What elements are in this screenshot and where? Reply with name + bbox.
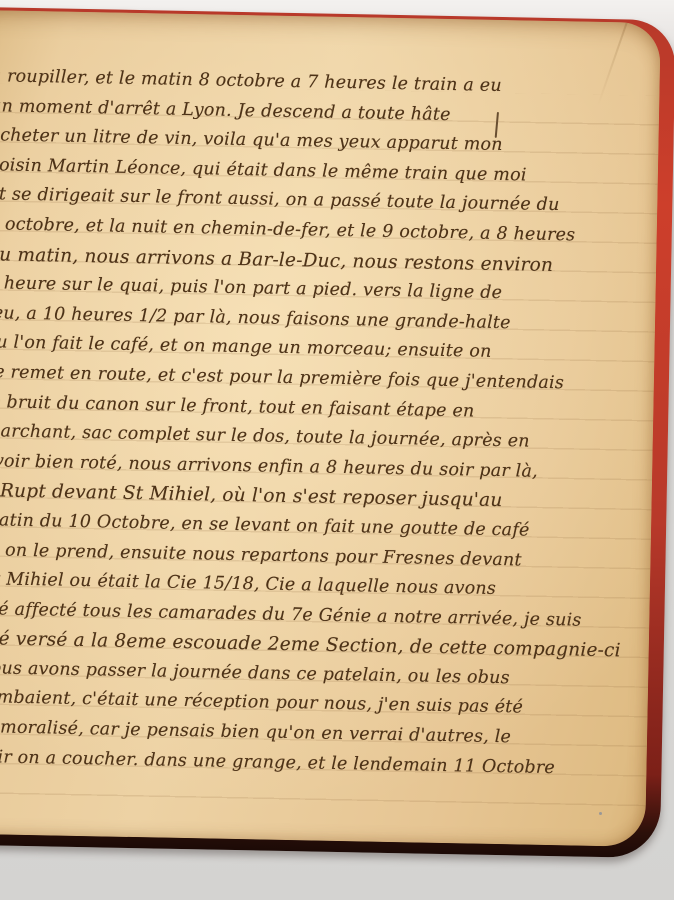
- scanner-speck: [599, 812, 602, 815]
- manuscript-text: à roupiller, et le matin 8 octobre a 7 h…: [0, 62, 636, 806]
- notebook-cover-edge: à roupiller, et le matin 8 octobre a 7 h…: [0, 7, 674, 858]
- handwritten-lines: à roupiller, et le matin 8 octobre a 7 h…: [0, 62, 636, 785]
- scanner-background: à roupiller, et le matin 8 octobre a 7 h…: [0, 0, 674, 900]
- manuscript-page: à roupiller, et le matin 8 octobre a 7 h…: [0, 10, 661, 847]
